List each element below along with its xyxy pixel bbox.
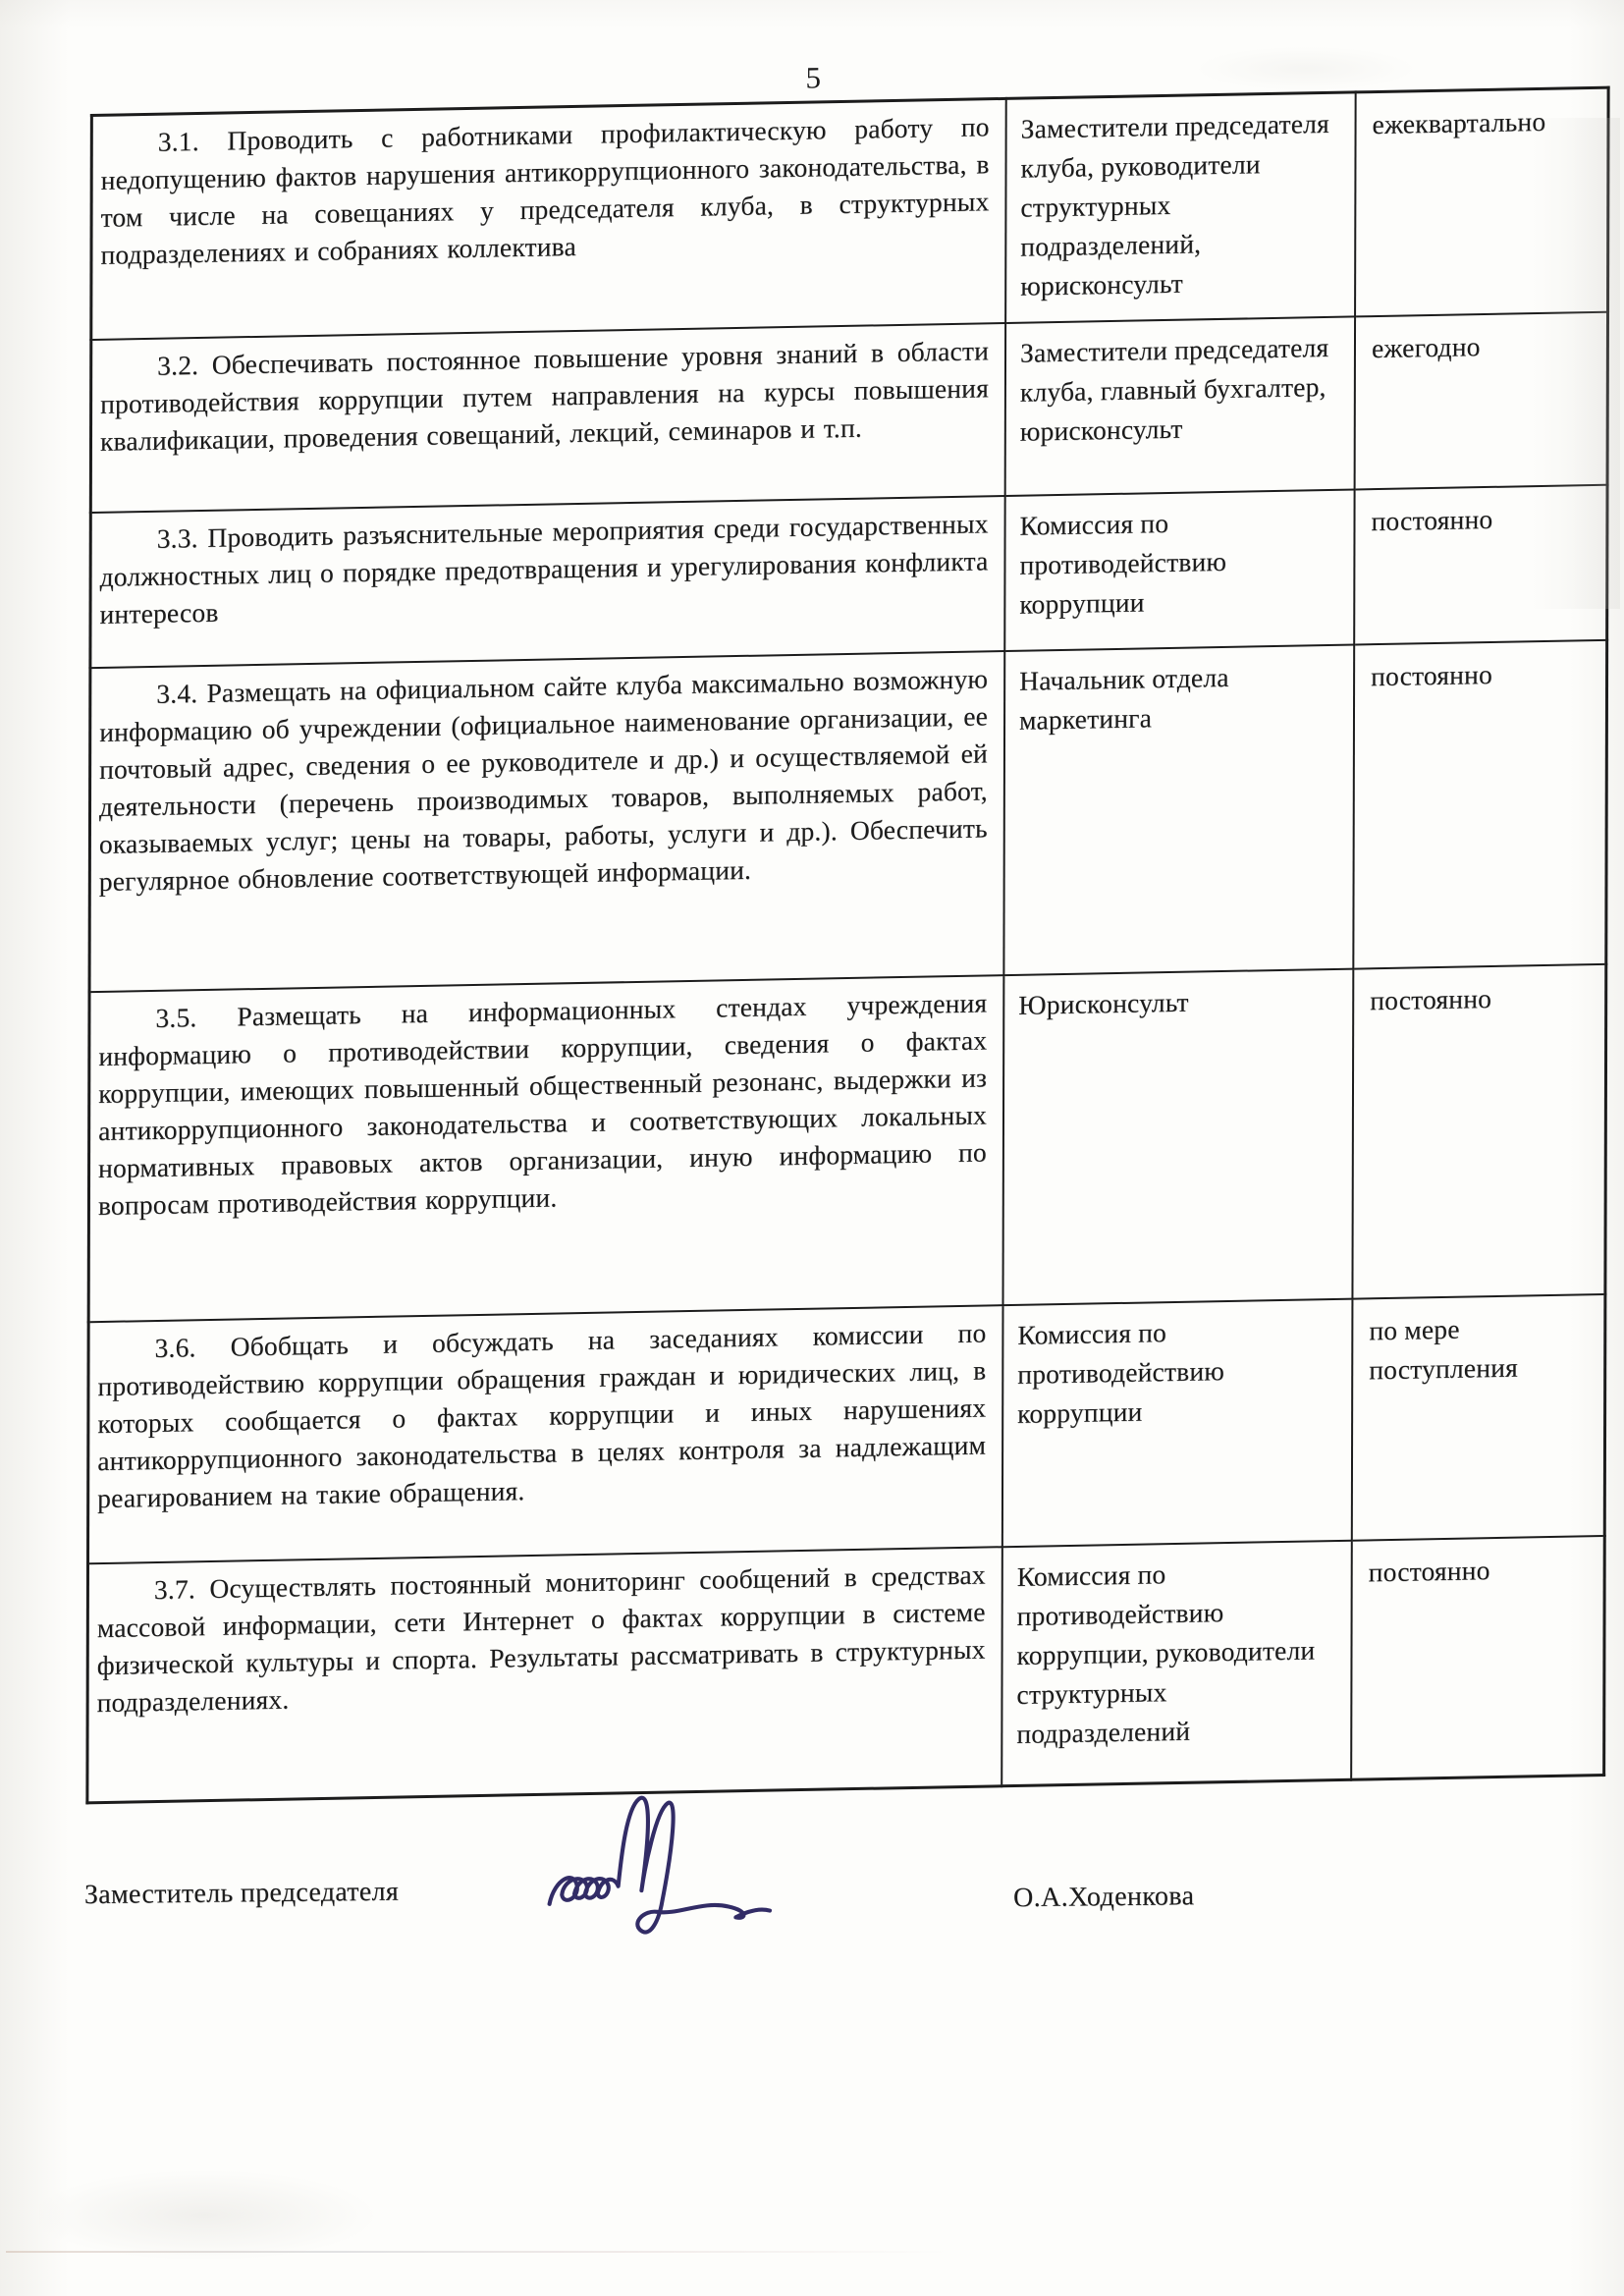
responsible-cell: Заместители председателя клуба, главный … [1005,316,1355,496]
responsible-cell: Комиссия по противодействию коррупции, р… [1001,1540,1352,1786]
activity-text: 3.6. Обобщать и обсуждать на заседаниях … [97,1314,986,1517]
frequency-text: постоянно [1370,977,1598,1020]
activity-cell: 3.2. Обеспечивать постоянное повышение у… [90,322,1005,512]
frequency-text: ежеквартально [1373,101,1601,144]
scan-edge-artifact [6,2251,948,2253]
responsible-text: Заместители председателя клуба, руководи… [1020,104,1346,306]
frequency-cell: постоянно [1351,1535,1604,1779]
responsible-cell: Комиссия по противодействию коррупции [1002,1298,1353,1547]
activity-cell: 3.5. Размещать на информационных стендах… [88,975,1003,1322]
frequency-cell: ежеквартально [1355,87,1608,316]
page-content: 5 3.1. Проводить с работниками профилакт… [85,42,1537,1804]
frequency-cell: по мере поступления [1352,1293,1605,1540]
scanned-page: 5 3.1. Проводить с работниками профилакт… [0,0,1624,2296]
table-row: 3.5. Размещать на информационных стендах… [88,963,1606,1321]
responsible-text: Комиссия по противодействию коррупции [1017,1309,1343,1433]
signer-title: Заместитель председателя [84,1877,399,1911]
table-row: 3.4. Размещать на официальном сайте клуб… [89,639,1607,991]
responsible-text: Комиссия по противодействию коррупции [1019,500,1345,624]
activity-text: 3.4. Размещать на официальном сайте клуб… [99,660,988,901]
table-row: 3.2. Обеспечивать постоянное повышение у… [90,311,1607,512]
table-row: 3.1. Проводить с работниками профилактич… [91,87,1608,339]
responsible-text: Комиссия по противодействию коррупции, р… [1016,1551,1342,1753]
activity-cell: 3.1. Проводить с работниками профилактич… [91,98,1006,339]
activity-text: 3.2. Обеспечивать постоянное повышение у… [100,332,989,461]
responsible-text: Начальник отдела маркетинга [1019,655,1345,739]
responsible-text: Заместители председателя клуба, главный … [1020,327,1346,451]
anticorruption-plan-table: 3.1. Проводить с работниками профилактич… [85,86,1609,1805]
activity-text: 3.5. Размещать на информационных стендах… [98,984,987,1225]
signature-stroke [548,1796,770,1933]
activity-cell: 3.3. Проводить разъяснительные мероприят… [90,496,1005,668]
activity-text: 3.1. Проводить с работниками профилактич… [100,108,989,274]
table-row: 3.3. Проводить разъяснительные мероприят… [90,484,1607,667]
frequency-text: ежегодно [1372,324,1600,367]
activity-cell: 3.7. Осуществлять постоянный мониторинг … [87,1547,1002,1803]
activity-text: 3.7. Осуществлять постоянный мониторинг … [97,1556,986,1722]
frequency-cell: ежегодно [1355,311,1608,489]
responsible-cell: Начальник отдела маркетинга [1003,644,1354,975]
activity-cell: 3.6. Обобщать и обсуждать на заседаниях … [88,1305,1003,1563]
scan-smudge [39,2151,452,2259]
signature-ink [534,1777,840,1971]
activity-text: 3.3. Проводить разъяснительные мероприят… [99,505,988,633]
frequency-cell: постоянно [1354,484,1607,644]
frequency-text: по мере поступления [1369,1307,1597,1390]
signer-name: О.А.Ходенкова [1013,1881,1195,1914]
frequency-text: постоянно [1369,1549,1597,1592]
responsible-cell: Юрисконсульт [1003,968,1354,1305]
frequency-text: постоянно [1371,652,1599,695]
frequency-cell: постоянно [1353,639,1606,968]
signature-block: Заместитель председателя О.А.Ходенкова [0,1761,1624,2033]
responsible-cell: Комиссия по противодействию коррупции [1004,489,1354,651]
responsible-text: Юрисконсульт [1018,979,1344,1024]
activity-cell: 3.4. Размещать на официальном сайте клуб… [89,651,1004,992]
frequency-text: постоянно [1371,497,1599,540]
table-row: 3.6. Обобщать и обсуждать на заседаниях … [88,1293,1605,1562]
frequency-cell: постоянно [1352,963,1605,1298]
responsible-cell: Заместители председателя клуба, руководи… [1005,92,1356,323]
